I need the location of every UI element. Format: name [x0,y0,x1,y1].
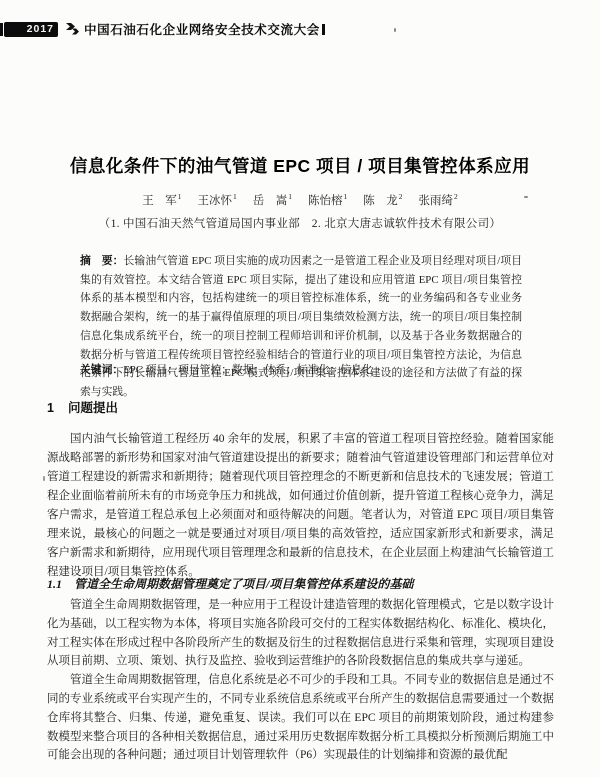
keywords-label: 关键词： [80,364,123,376]
subsection-title: 管道全生命周期数据管理奠定了项目/项目集管控体系建设的基础 [74,577,413,591]
abstract: 摘 要：长输油气管道 EPC 项目实施的成功因素之一是管道工程企业及项目经理对项… [80,252,522,402]
section-1-1-body: 管道全生命周期数据管理，是一种应用于工程设计建造管理的数据化管理模式，它是以数字… [47,596,554,765]
scan-edge-mark [0,23,3,36]
scan-artifact [394,28,396,32]
header-end-mark [322,24,325,35]
section-1-heading: 1问题提出 [47,398,118,416]
author-list: 王 军1王冰怀1岳 嵩1陈怡榕1陈 龙2张雨绮2 [0,192,600,208]
author: 张雨绮2 [419,195,458,207]
paragraph: 国内油气长输管道工程经历 40 余年的发展，积累了丰富的管道工程项目管控经验。随… [47,430,554,582]
double-arrow-icon [65,22,79,36]
paper-title: 信息化条件下的油气管道 EPC 项目 / 项目集管控体系应用 [0,153,600,178]
abstract-label: 摘 要： [80,255,124,267]
author: 王 军1 [142,195,181,207]
scan-artifact [524,196,528,198]
scan-artifact [43,476,45,481]
section-number: 1 [47,401,54,415]
section-1-1-heading: 1.1管道全生命周期数据管理奠定了项目/项目集管控体系建设的基础 [47,575,413,592]
author: 岳 嵩1 [253,195,292,207]
year-badge: 2017 [4,22,58,37]
author: 王冰怀1 [198,195,237,207]
author: 陈怡榕1 [308,195,347,207]
paragraph: 管道全生命周期数据管理，是一种应用于工程设计建造管理的数据化管理模式，它是以数字… [47,596,554,671]
keywords-text: EPC 项目；项目管控；数据；体系；标准化；信息化 [123,364,372,376]
affiliations: （1. 中国石油天然气管道局国内事业部 2. 北京大唐志诚软件技术有限公司） [0,215,600,231]
paper-page: 2017 中国石油石化企业网络安全技术交流大会 信息化条件下的油气管道 EPC … [0,0,600,777]
author: 陈 龙2 [363,195,402,207]
section-title: 问题提出 [68,401,118,415]
paragraph: 管道全生命周期数据管理，信息化系统是必不可少的手段和工具。不同专业的数据信息是通… [47,671,554,765]
conference-header: 2017 中国石油石化企业网络安全技术交流大会 [4,20,325,38]
conference-title: 中国石油石化企业网络安全技术交流大会 [84,20,320,38]
subsection-number: 1.1 [47,577,62,591]
keywords: 关键词：EPC 项目；项目管控；数据；体系；标准化；信息化 [80,362,522,377]
